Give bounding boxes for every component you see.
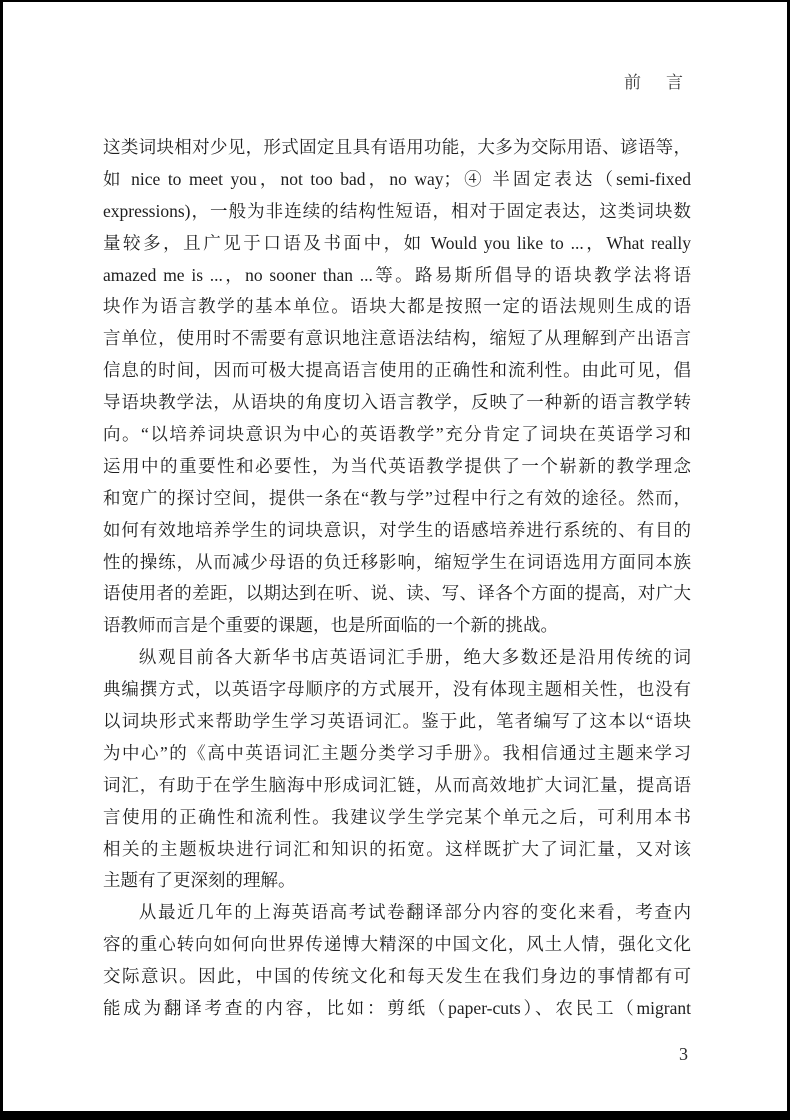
text-line: 运用中的重要性和必要性，为当代英语教学提供了一个崭新的教学理念 <box>103 451 691 483</box>
text-line: 典编撰方式，以英语字母顺序的方式展开，没有体现主题相关性，也没有 <box>103 674 691 706</box>
text-line: 导语块教学法，从语块的角度切入语言教学，反映了一种新的语言教学转 <box>103 387 691 419</box>
text-line: 交际意识。因此，中国的传统文化和每天发生在我们身边的事情都有可 <box>103 961 691 993</box>
text-line: 向。“以培养词块意识为中心的英语教学”充分肯定了词块在英语学习和 <box>103 419 691 451</box>
text-line: 容的重心转向如何向世界传递博大精深的中国文化，风土人情，强化文化 <box>103 929 691 961</box>
text-line: 信息的时间，因而可极大提高语言使用的正确性和流利性。由此可见，倡 <box>103 355 691 387</box>
text-line: 如 nice to meet you，not too bad，no way；④ … <box>103 164 691 196</box>
text-line: amazed me is ...，no sooner than ...等。路易斯… <box>103 260 691 292</box>
text-line: 纵观目前各大新华书店英语词汇手册，绝大多数还是沿用传统的词 <box>103 642 691 674</box>
text-line: 语教师而言是个重要的课题，也是所面临的一个新的挑战。 <box>103 610 691 642</box>
page-number: 3 <box>679 1044 688 1065</box>
text-line: 量较多，且广见于口语及书面中，如 Would you like to ...，W… <box>103 228 691 260</box>
page-sheet: 前 言 这类词块相对少见，形式固定且具有语用功能，大多为交际用语、谚语等，如 n… <box>3 2 787 1111</box>
text-line: 言使用的正确性和流利性。我建议学生学完某个单元之后，可利用本书 <box>103 802 691 834</box>
text-line: 能成为翻译考查的内容，比如：剪纸（paper-cuts）、农民工（migrant <box>103 993 691 1025</box>
text-line: 这类词块相对少见，形式固定且具有语用功能，大多为交际用语、谚语等， <box>103 132 691 164</box>
text-line: 如何有效地培养学生的词块意识，对学生的语感培养进行系统的、有目的 <box>103 515 691 547</box>
text-line: 从最近几年的上海英语高考试卷翻译部分内容的变化来看，考查内 <box>103 897 691 929</box>
text-line: 为中心”的《高中英语词汇主题分类学习手册》。我相信通过主题来学习 <box>103 738 691 770</box>
text-line: 和宽广的探讨空间，提供一条在“教与学”过程中行之有效的途径。然而， <box>103 483 691 515</box>
text-line: 性的操练，从而减少母语的负迁移影响，缩短学生在词语选用方面同本族 <box>103 547 691 579</box>
text-line: expressions)，一般为非连续的结构性短语，相对于固定表达，这类词块数 <box>103 196 691 228</box>
page-header-title: 前 言 <box>624 68 687 93</box>
text-line: 相关的主题板块进行词汇和知识的拓宽。这样既扩大了词汇量，又对该 <box>103 834 691 866</box>
text-line: 语使用者的差距，以期达到在听、说、读、写、译各个方面的提高，对广大英 <box>103 578 691 610</box>
scanned-page-frame: 前 言 这类词块相对少见，形式固定且具有语用功能，大多为交际用语、谚语等，如 n… <box>0 0 790 1120</box>
text-line: 块作为语言教学的基本单位。语块大都是按照一定的语法规则生成的语 <box>103 291 691 323</box>
text-line: 以词块形式来帮助学生学习英语词汇。鉴于此，笔者编写了这本以“语块 <box>103 706 691 738</box>
text-line: 主题有了更深刻的理解。 <box>103 865 691 897</box>
text-line: 言单位，使用时不需要有意识地注意语法结构，缩短了从理解到产出语言 <box>103 323 691 355</box>
text-line: 词汇，有助于在学生脑海中形成词汇链，从而高效地扩大词汇量，提高语 <box>103 770 691 802</box>
body-text: 这类词块相对少见，形式固定且具有语用功能，大多为交际用语、谚语等，如 nice … <box>103 132 691 1025</box>
